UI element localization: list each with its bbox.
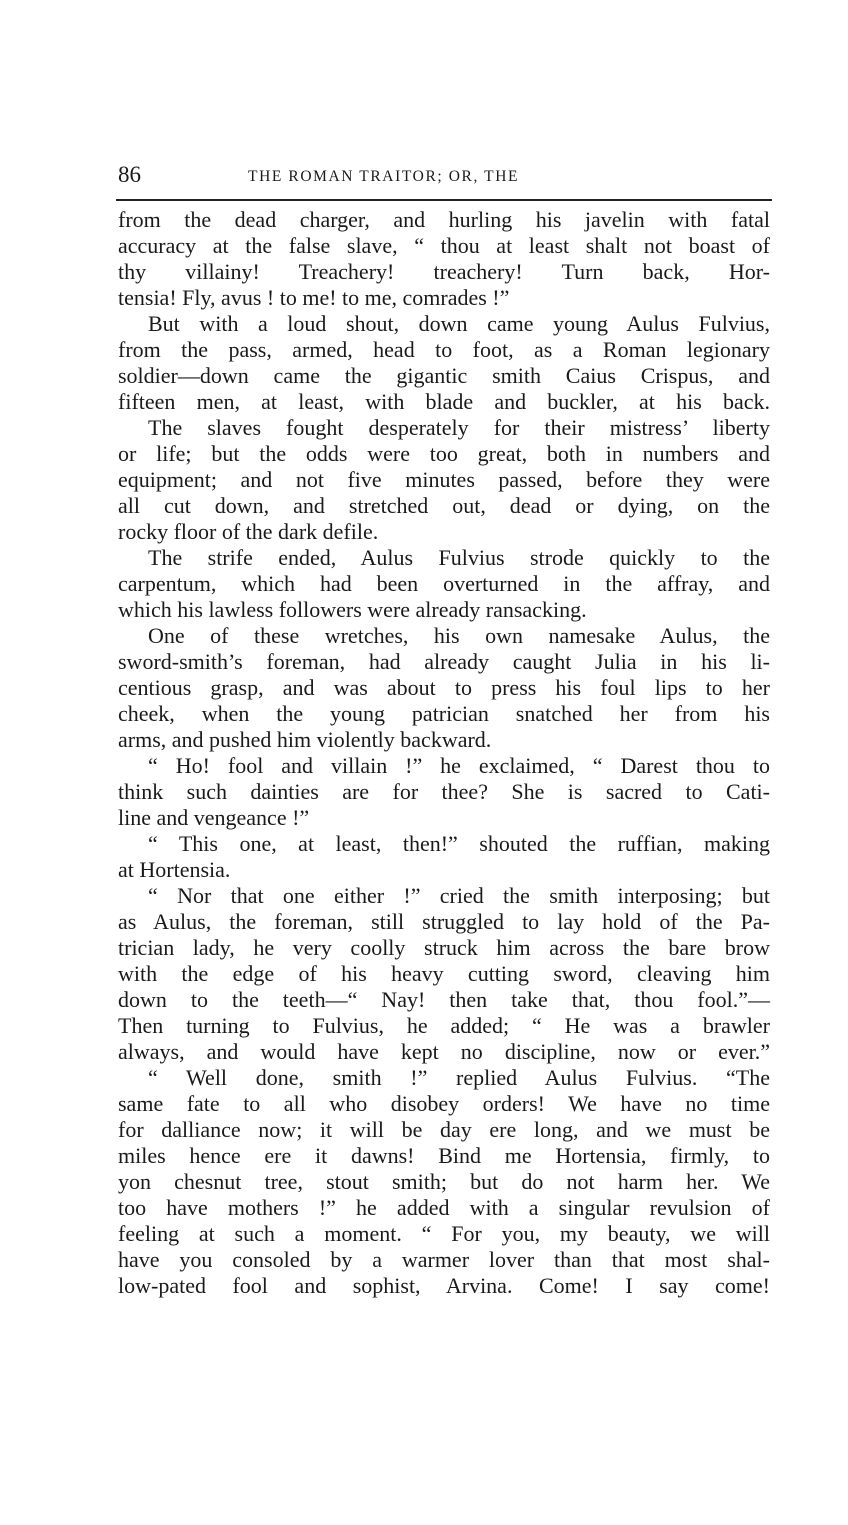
text-line: One of these wretches, his own namesake … [118, 623, 770, 649]
text-line: cheek, when the young patrician snatched… [118, 701, 770, 727]
text-line: from the dead charger, and hurling his j… [118, 207, 770, 233]
text-line: sword-smith’s foreman, had already caugh… [118, 649, 770, 675]
text-line: all cut down, and stretched out, dead or… [118, 493, 770, 519]
text-line: always, and would have kept no disciplin… [118, 1039, 770, 1065]
text-line: arms, and pushed him violently backward. [118, 727, 770, 753]
text-line: with the edge of his heavy cutting sword… [118, 961, 770, 987]
text-line: carpentum, which had been overturned in … [118, 571, 770, 597]
text-line: too have mothers !” he added with a sing… [118, 1195, 770, 1221]
text-line: same fate to all who disobey orders! We … [118, 1091, 770, 1117]
text-line: soldier—down came the gigantic smith Cai… [118, 363, 770, 389]
body-text: from the dead charger, and hurling his j… [118, 207, 770, 1299]
text-line: “ Nor that one either !” cried the smith… [118, 883, 770, 909]
text-line: “ Well done, smith !” replied Aulus Fulv… [118, 1065, 770, 1091]
running-head: 86 THE ROMAN TRAITOR; OR, THE [118, 160, 770, 194]
text-line: trician lady, he very coolly struck him … [118, 935, 770, 961]
text-line: low-pated fool and sophist, Arvina. Come… [118, 1273, 770, 1299]
book-page: 86 THE ROMAN TRAITOR; OR, THE from the d… [118, 160, 770, 1299]
text-line: line and vengeance !” [118, 805, 770, 831]
running-title: THE ROMAN TRAITOR; OR, THE [248, 164, 519, 190]
text-line: fifteen men, at least, with blade and bu… [118, 389, 770, 415]
text-line: rocky floor of the dark defile. [118, 519, 770, 545]
text-line: tensia! Fly, avus ! to me! to me, comrad… [118, 285, 770, 311]
text-line: yon chesnut tree, stout smith; but do no… [118, 1169, 770, 1195]
text-line: centious grasp, and was about to press h… [118, 675, 770, 701]
text-line: at Hortensia. [118, 857, 770, 883]
text-line: “ Ho! fool and villain !” he exclaimed, … [118, 753, 770, 779]
text-line: down to the teeth—“ Nay! then take that,… [118, 987, 770, 1013]
text-line: as Aulus, the foreman, still struggled t… [118, 909, 770, 935]
text-line: think such dainties are for thee? She is… [118, 779, 770, 805]
text-line: accuracy at the false slave, “ thou at l… [118, 233, 770, 259]
text-line: from the pass, armed, head to foot, as a… [118, 337, 770, 363]
text-line: The slaves fought desperately for their … [118, 415, 770, 441]
text-line: But with a loud shout, down came young A… [118, 311, 770, 337]
text-line: feeling at such a moment. “ For you, my … [118, 1221, 770, 1247]
text-line: The strife ended, Aulus Fulvius strode q… [118, 545, 770, 571]
text-line: for dalliance now; it will be day ere lo… [118, 1117, 770, 1143]
page-number: 86 [118, 160, 141, 190]
text-line: or life; but the odds were too great, bo… [118, 441, 770, 467]
text-line: “ This one, at least, then!” shouted the… [118, 831, 770, 857]
text-line: have you consoled by a warmer lover than… [118, 1247, 770, 1273]
header-rule [116, 199, 772, 201]
text-line: which his lawless followers were already… [118, 597, 770, 623]
text-line: Then turning to Fulvius, he added; “ He … [118, 1013, 770, 1039]
text-line: thy villainy! Treachery! treachery! Turn… [118, 259, 770, 285]
text-line: miles hence ere it dawns! Bind me Horten… [118, 1143, 770, 1169]
text-line: equipment; and not five minutes passed, … [118, 467, 770, 493]
